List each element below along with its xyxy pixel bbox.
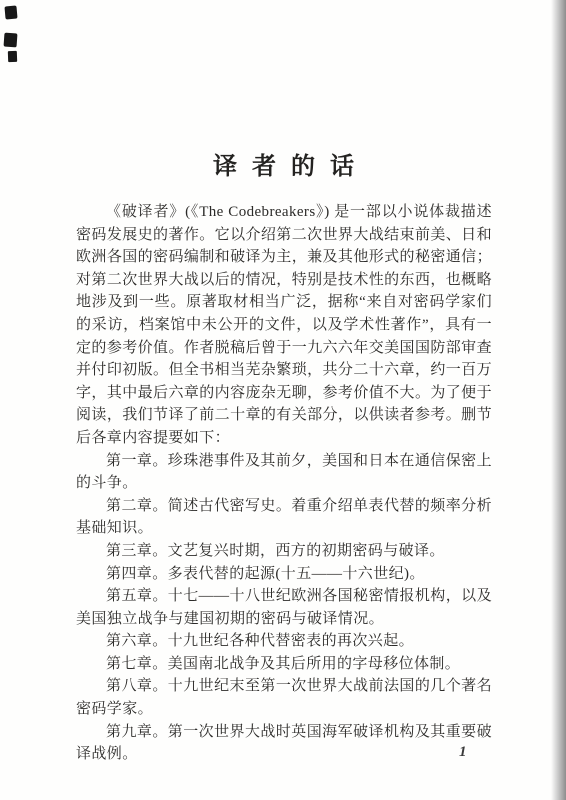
book-page: 译 者 的 话 《破译者》(《The Codebreakers》) 是一部以小说… bbox=[0, 0, 566, 800]
chapter-summary: 第三章。文艺复兴时期，西方的初期密码与破译。 bbox=[76, 540, 492, 563]
scan-edge-shadow bbox=[551, 0, 566, 800]
chapter-summary: 第四章。多表代替的起源(十五——十六世纪)。 bbox=[76, 563, 492, 586]
chapter-summary: 第五章。十七——十八世纪欧洲各国秘密情报机构，以及美国独立战争与建国初期的密码与… bbox=[76, 585, 492, 630]
page-content: 译 者 的 话 《破译者》(《The Codebreakers》) 是一部以小说… bbox=[76, 0, 492, 766]
intro-paragraph: 《破译者》(《The Codebreakers》) 是一部以小说体裁描述密码发展… bbox=[76, 201, 492, 450]
page-title: 译 者 的 话 bbox=[76, 0, 492, 181]
page-number: 1 bbox=[459, 744, 467, 761]
chapter-summary: 第八章。十九世纪末至第一次世界大战前法国的几个著名密码学家。 bbox=[76, 675, 492, 720]
chapter-summary: 第一章。珍珠港事件及其前夕，美国和日本在通信保密上的斗争。 bbox=[76, 450, 492, 495]
ink-smudge bbox=[4, 33, 18, 48]
chapter-summary: 第六章。十九世纪各种代替密表的再次兴起。 bbox=[76, 630, 492, 653]
ink-smudge bbox=[8, 51, 17, 62]
chapter-summary: 第七章。美国南北战争及其后所用的字母移位体制。 bbox=[76, 653, 492, 676]
chapter-summary: 第九章。第一次世界大战时英国海军破译机构及其重要破译战例。 bbox=[76, 721, 492, 766]
chapter-summary-list: 第一章。珍珠港事件及其前夕，美国和日本在通信保密上的斗争。 第二章。简述古代密写… bbox=[76, 450, 492, 766]
ink-smudge bbox=[4, 6, 17, 20]
chapter-summary: 第二章。简述古代密写史。着重介绍单表代替的频率分析基础知识。 bbox=[76, 495, 492, 540]
